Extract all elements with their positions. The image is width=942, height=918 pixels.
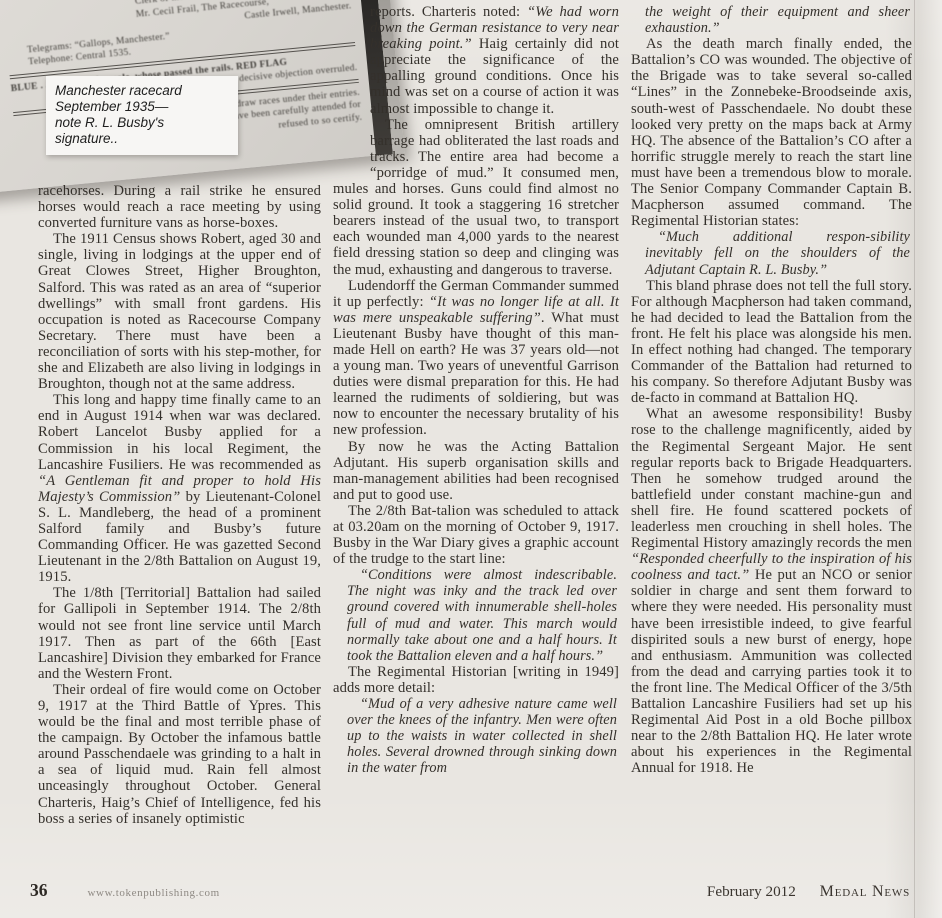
caption-line: signature.. <box>55 131 229 147</box>
publisher-website: www.tokenpublishing.com <box>88 887 220 899</box>
paragraph: The omnipresent British artillery barrag… <box>333 117 619 278</box>
paragraph: What an awesome responsibility! Busby ro… <box>631 406 912 776</box>
paragraph: The 2/8th Bat-talion was scheduled to at… <box>333 503 619 567</box>
caption-line: note R. L. Busby's <box>55 115 229 131</box>
clipping-caption: Manchester racecardSeptember 1935—note R… <box>46 76 238 155</box>
block-quote: “Conditions were almost indescribable. T… <box>347 567 617 664</box>
clipping-wrap-spacer <box>333 4 370 167</box>
article-column-middle: reports. Charteris noted: “We had worn d… <box>333 4 619 777</box>
page-number: 36 <box>30 880 48 900</box>
paragraph: As the death march finally ended, the Ba… <box>631 36 912 229</box>
paragraph: The 1911 Census shows Robert, aged 30 an… <box>38 231 321 392</box>
paragraph: racehorses. During a rail strike he ensu… <box>38 183 321 231</box>
magazine-page: Starter: . . . . Mr. E. Howard Judge: . … <box>0 0 942 918</box>
paragraph: Their ordeal of fire would come on Octob… <box>38 682 321 827</box>
page-crease <box>914 0 915 918</box>
caption-line: September 1935— <box>55 99 229 115</box>
footer-left: 36 www.tokenpublishing.com <box>30 880 220 901</box>
block-quote: “Much additional respon-sibility inevita… <box>645 229 910 277</box>
footer-right: February 2012 Medal News <box>707 883 910 901</box>
paragraph: The Regimental Historian [writing in 194… <box>333 664 619 696</box>
article-column-left: racehorses. During a rail strike he ensu… <box>38 183 321 827</box>
paragraph: This long and happy time finally came to… <box>38 392 321 585</box>
paragraph: This bland phrase does not tell the full… <box>631 278 912 407</box>
paragraph: reports. Charteris noted: “We had worn d… <box>333 4 619 117</box>
block-quote: “Mud of a very adhesive nature came well… <box>347 696 617 776</box>
issue-date: February 2012 <box>707 883 796 900</box>
magazine-name: Medal News <box>820 883 910 900</box>
article-column-right: the weight of their equipment and sheer … <box>631 4 912 777</box>
block-quote: the weight of their equipment and sheer … <box>645 4 910 36</box>
paragraph: The 1/8th [Territorial] Battalion had sa… <box>38 585 321 682</box>
caption-line: Manchester racecard <box>55 83 229 99</box>
paragraph: Ludendorff the German Commander summed i… <box>333 278 619 439</box>
paragraph: By now he was the Acting Battalion Adjut… <box>333 439 619 503</box>
